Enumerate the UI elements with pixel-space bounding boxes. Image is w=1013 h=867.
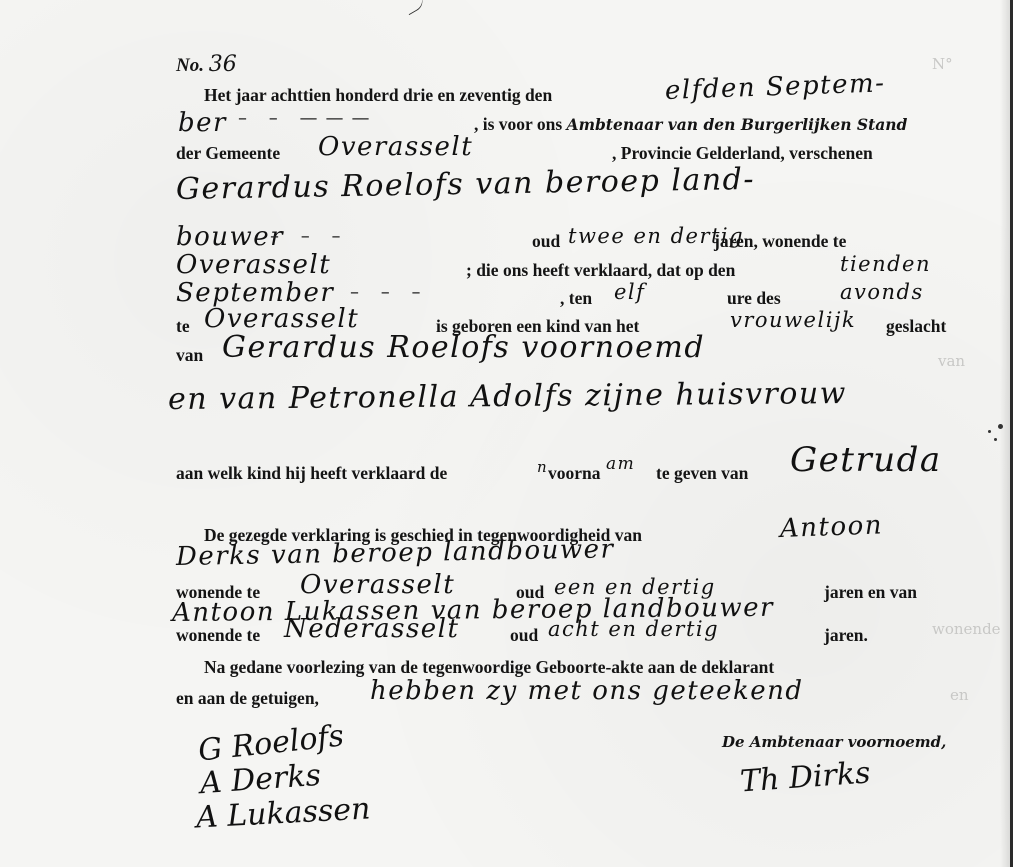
top-ink-stroke xyxy=(404,0,427,15)
body-line-6: ; die ons heeft verklaard, dat op den xyxy=(466,259,735,281)
fill-dashes: – – ——— xyxy=(238,108,377,129)
ghost-print-no: N° xyxy=(932,55,953,73)
body-line-5b: jaren, wonende te xyxy=(714,230,846,252)
handwritten-gender: vrouwelijk xyxy=(730,308,856,332)
witness-line-5b: oud xyxy=(510,624,538,646)
printed-text: , is voor ons xyxy=(474,114,562,134)
certificate-number: No. 36 xyxy=(176,52,237,77)
document-page: N° van wonende en No. 36 Het jaar achtti… xyxy=(0,0,1013,867)
ghost-print-en: en xyxy=(950,686,969,704)
handwritten-residence: Overasselt xyxy=(176,250,331,280)
ink-spot xyxy=(988,430,991,433)
printed-text: Het jaar achttien honderd drie en zevent… xyxy=(204,85,552,105)
handwritten-correction-am: am xyxy=(606,454,635,474)
handwritten-witness1-occupation: Derks van beroep landbouwer xyxy=(176,534,615,572)
body-line-9: van xyxy=(176,344,203,366)
handwritten-date-cont: ber xyxy=(178,108,227,138)
handwritten-time-of-day: avonds xyxy=(840,280,924,304)
ghost-print-wonende: wonende xyxy=(932,620,1001,638)
official-label: De Ambtenaar voornoemd, xyxy=(722,733,946,751)
witness-line-3c: jaren en van xyxy=(824,581,917,603)
body-line-5a: oud xyxy=(532,230,560,252)
handwritten-mother: en van Petronella Adolfs zijne huisvrouw xyxy=(168,376,847,417)
ghost-print-van: van xyxy=(938,352,965,370)
ink-spot xyxy=(998,424,1003,429)
witness-line-5c: jaren. xyxy=(824,624,868,646)
page-edge-shadow xyxy=(1000,0,1010,867)
body-line-1: Het jaar achttien honderd drie en zevent… xyxy=(204,84,552,106)
witness-line-5a: wonende te xyxy=(176,624,260,646)
handwritten-date: elfden Septem- xyxy=(664,68,885,106)
handwritten-child-name: Getruda xyxy=(790,440,942,480)
body-line-11b: voorna xyxy=(548,462,601,484)
handwritten-witness2-residence: Nederasselt xyxy=(284,614,459,644)
number-label: No. xyxy=(176,55,204,76)
handwritten-occupation: bouwer xyxy=(176,222,284,252)
official-title: Ambtenaar van den Burgerlijken Stand xyxy=(567,115,908,134)
body-line-7b: ure des xyxy=(727,287,781,309)
fill-dashes: – – – xyxy=(270,226,348,247)
body-line-8c: geslacht xyxy=(886,315,946,337)
handwritten-municipality: Overasselt xyxy=(318,132,473,162)
printed-text: , Provincie Gelderland, verschenen xyxy=(612,143,873,163)
body-line-11c: te geven van xyxy=(656,462,748,484)
handwritten-birth-hour: elf xyxy=(614,280,645,304)
handwritten-correction-n: n xyxy=(537,458,548,476)
closing-line-1: Na gedane voorlezing van de tegenwoordig… xyxy=(204,656,774,678)
body-line-2: , is voor ons Ambtenaar van den Burgerli… xyxy=(474,113,907,136)
signature-official: Th Dirks xyxy=(739,755,872,799)
handwritten-birth-day: tienden xyxy=(840,252,931,276)
handwritten-witness2-age: acht en dertig xyxy=(548,617,719,641)
body-line-3a: der Gemeente xyxy=(176,142,280,164)
closing-line-2: en aan de getuigen, xyxy=(176,687,319,709)
number-value: 36 xyxy=(209,52,237,77)
handwritten-witness1-first: Antoon xyxy=(779,510,883,544)
handwritten-father-ref: Gerardus Roelofs voornoemd xyxy=(222,330,705,365)
ink-spot xyxy=(994,438,997,441)
fill-dashes: – – – xyxy=(350,282,428,303)
printed-text: der Gemeente xyxy=(176,143,280,163)
body-line-11a: aan welk kind hij heeft verklaard de xyxy=(176,462,447,484)
body-line-7a: , ten xyxy=(560,287,592,309)
handwritten-signed-statement: hebben zy met ons geteekend xyxy=(370,676,804,706)
body-line-8a: te xyxy=(176,315,190,337)
handwritten-father-name: Gerardus Roelofs van beroep land- xyxy=(176,162,756,207)
body-line-3b: , Provincie Gelderland, verschenen xyxy=(612,142,873,164)
